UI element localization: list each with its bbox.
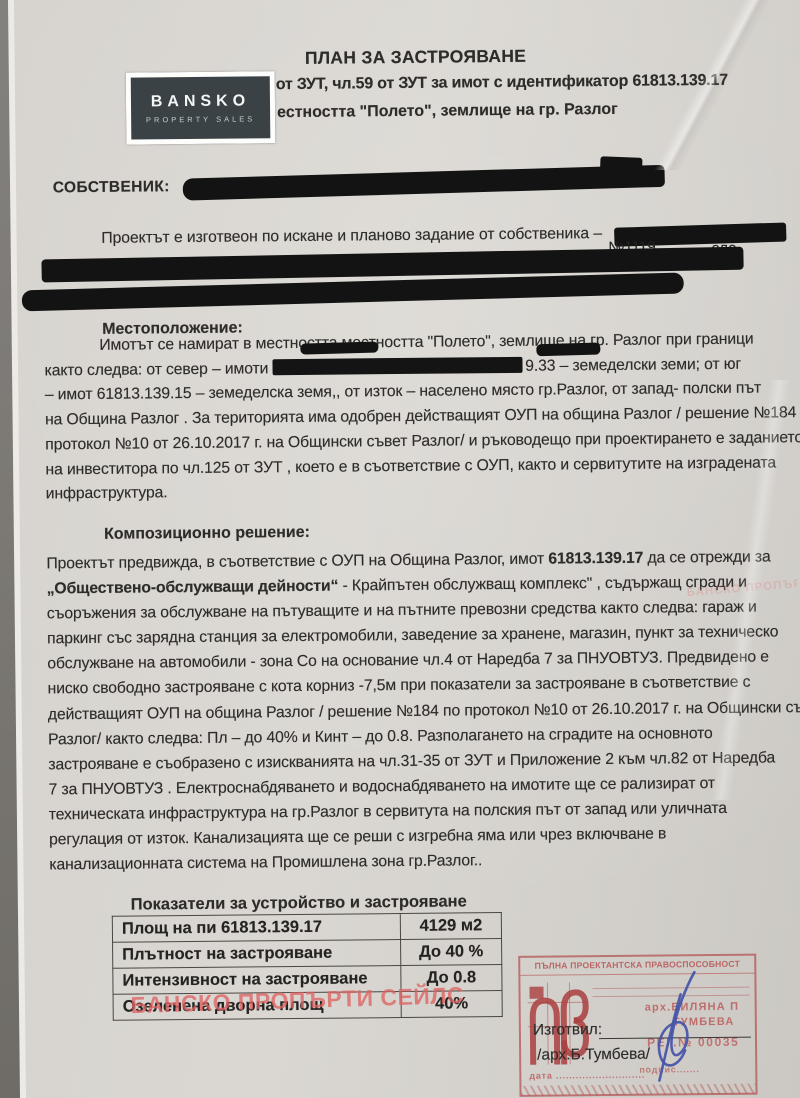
row-label: Плътност на застрояване [113,940,401,969]
composition-heading: Композиционно решение: [104,524,310,544]
row-value: 4129 м2 [400,913,501,940]
redaction-blob-2 [536,343,600,357]
comp-l2-bold: „Обществено-обслужващи дейности“ [47,578,339,598]
location-line2-post: 9.33 – земеделски земи; от юг [525,355,741,374]
scanned-document-photo: ПЛАН ЗА ЗАСТРОЯВАНЕ от ЗУТ, чл.59 от ЗУТ… [0,0,800,1098]
location-paragraph: Имотът се намират в местността местностт… [44,328,762,508]
indicators-table-heading: Показатели за устройство и застрояване [131,892,467,914]
document-content: ПЛАН ЗА ЗАСТРОЯВАНЕ от ЗУТ, чл.59 от ЗУТ… [0,0,800,1098]
location-line2-pre: както следва: от север – имоти [44,360,268,379]
logo-brand-text: BANSKO [151,92,251,111]
document-page: ПЛАН ЗА ЗАСТРОЯВАНЕ от ЗУТ, чл.59 от ЗУТ… [0,0,800,1098]
redaction-bar-inline [272,357,522,375]
comp-l1-post: да се отрежди за [643,548,771,566]
comp-l1-id: 61813.139.17 [548,550,643,568]
bansko-property-sales-logo: BANSKO PROPERTY SALES [126,71,276,144]
redaction-bar-owner [183,165,665,201]
composition-paragraph: Проектът предвижда, в съответствие с ОУП… [46,545,765,878]
architect-stamp: ПЪЛНА ПРОЕКТАНТСКА ПРАВОСПОСОБНОСТ [518,954,757,1097]
stamp-date-label: дата ........................... [529,1070,645,1081]
logo-tagline-text: PROPERTY SALES [146,114,255,124]
request-paragraph-line1: Проектът е изготвеон по искане и планово… [101,225,602,248]
prepared-by-label: Изготвил: [533,1021,602,1040]
document-title: ПЛАН ЗА ЗАСТРОЯВАНЕ [35,43,795,71]
row-value: До 40 % [401,939,502,966]
comp-l1-pre: Проектът предвижда, в съответствие с ОУП… [46,551,548,573]
handwritten-signature [636,968,721,1089]
table-row: Площ на пи 61813.139.17 4129 м2 [112,913,501,943]
comp-l2-rest: - Крайпътен обслужващ комплекс" , съдърж… [338,574,747,595]
header-line-2: от ЗУТ, чл.59 от ЗУТ за имот с идентифик… [276,72,728,94]
owner-label: СОБСТВЕНИК: [53,178,170,197]
prepared-by-name: /арх.Б.Тумбева/ [537,1046,650,1065]
table-row: Плътност на застрояване До 40 % [113,939,502,969]
header-line-3: естността "Полето", землище на гр. Разло… [277,101,618,122]
row-label: Площ на пи 61813.139.17 [112,914,400,943]
redaction-blob-1 [300,342,378,355]
